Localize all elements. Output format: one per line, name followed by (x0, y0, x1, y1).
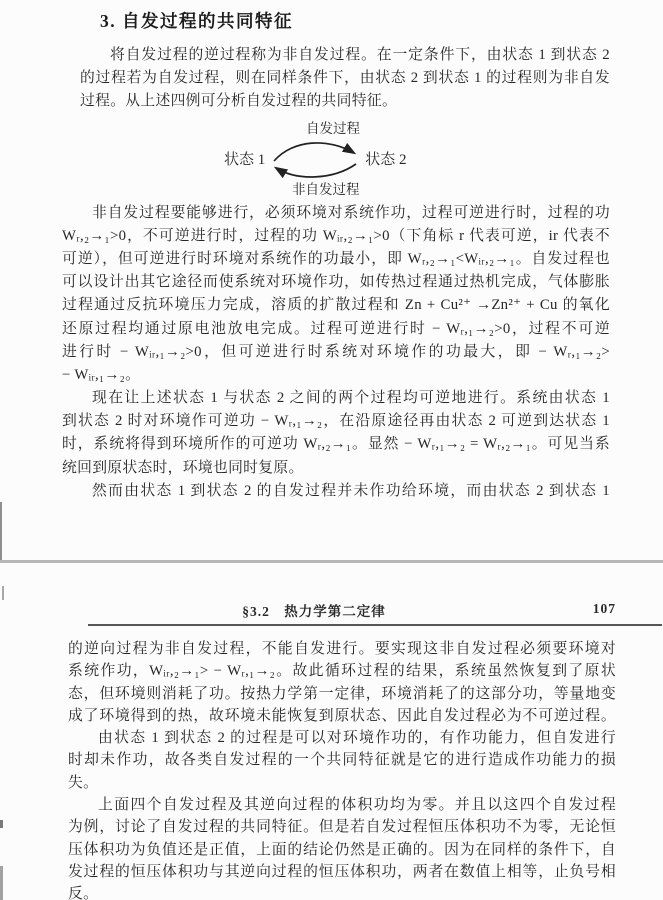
text-line: 将自发过程的逆过程称为非自发过程。在一定条件下，由状态 1 到状态 2 (80, 44, 610, 67)
paragraph: 现在让上述状态 1 与状态 2 之间的两个过程均可逆地进行。系统由状态 1到状态… (62, 387, 610, 480)
text-line: − Wᵢᵣ,₁→₂。 (62, 364, 610, 387)
text-line: 系统作功，Wᵢᵣ,₂→₁> − Wᵣ,₁→₂。故此循环过程的结果，系统虽然恢复到… (68, 660, 616, 682)
header-rule (88, 624, 662, 626)
scan-edge-artifact (2, 586, 4, 600)
text-line: 可以设计出其它途径而使系统对环境作功，如传热过程通过热机完成，气体膨胀 (62, 271, 610, 294)
paragraph: 然而由状态 1 到状态 2 的自发过程并未作功给环境，而由状态 2 到状态 1 (62, 480, 610, 503)
state-1-node: 状态 1 (224, 148, 265, 169)
state-2-node: 状态 2 (365, 148, 406, 169)
text-line: 进行时 − Wᵢᵣ,₁→₂>0，但可逆进行时系统对环境作的功最大，即 − Wᵣ,… (62, 341, 610, 364)
page-divider-line (0, 560, 663, 563)
state-diagram: 自发过程 状态 1 状态 2 非自发过程 (224, 120, 474, 198)
diagram-middle-row: 状态 1 状态 2 (224, 137, 474, 181)
page-2-content: §3.2 热力学第二定律 107 的逆向过程为非自发过程，不能自发进行。要实现这… (68, 600, 616, 900)
text-line: 可逆），但可逆进行时环境对系统作的功最小，即 Wᵣ,₂→₁<Wᵢᵣ,₂→₁。自发… (62, 248, 610, 271)
paragraph: 由状态 1 到状态 2 的过程是可以对环境作功的，有作功能力，但自发进行时却未作… (68, 727, 616, 794)
text-line: 为例，讨论了自发过程的共同特征。但是若自发过程恒压体积功不为零，无论恒 (68, 816, 616, 838)
paragraph: 非自发过程要能够进行，必须环境对系统作功，过程可逆进行时，过程的功Wᵣ,₂→₁>… (62, 202, 610, 388)
text-line: 由状态 1 到状态 2 的过程是可以对环境作功的，有作功能力，但自发进行 (68, 727, 616, 749)
reverse-arrow-icon (276, 164, 356, 177)
page-2-body: 的逆向过程为非自发过程，不能自发进行。要实现这非自发过程必须要环境对系统作功，W… (68, 638, 616, 900)
non-spontaneous-process-label: 非自发过程 (292, 181, 474, 198)
text-line: 发过程的恒压体积功与其逆向过程的恒压体积功，两者在数值上相等，止负号相 (68, 861, 616, 883)
text-line: 还原过程均通过原电池放电完成。过程可逆进行时 − Wᵣ,₁→₂>0，过程不可逆 (62, 318, 610, 341)
spontaneous-process-label: 自发过程 (306, 120, 474, 137)
text-line: 失。 (68, 772, 616, 794)
text-line: 过程。从上述四例可分析自发过程的共同特征。 (80, 90, 610, 113)
text-line: 的过程若为自发过程，则在同样条件下，由状态 2 到状态 1 的过程则为非自发 (80, 67, 610, 90)
text-line: 时却未作功，故各类自发过程的一个共同特征就是它的进行造成作功能力的损 (68, 749, 616, 771)
text-line: 到状态 2 时对环境作可逆功 − Wᵣ,₁→₂，在沿原途径再由状态 2 可逆到达… (62, 410, 610, 433)
text-line: 时，系统将得到环境所作的可逆功 Wᵣ,₂→₁。显然 − Wᵣ,₁→₂ = Wᵣ,… (62, 433, 610, 456)
text-line: 压体积功为负值还是正值，上面的结论仍然是正确的。因为在同样的条件下，自 (68, 839, 616, 861)
scan-edge-artifact (0, 820, 3, 828)
paragraph: 上面四个自发过程及其逆向过程的体积功均为零。并且以这四个自发过程为例，讨论了自发… (68, 794, 616, 900)
page-1-content: 3. 自发过程的共同特征 将自发过程的逆过程称为非自发过程。在一定条件下，由状态… (62, 8, 610, 503)
text-line: 态，但环境则消耗了功。按热力学第一定律，环境消耗了的这部分功，等量地变 (68, 683, 616, 705)
text-line: 非自发过程要能够进行，必须环境对系统作功，过程可逆进行时，过程的功 (62, 202, 610, 225)
page-number: 107 (593, 601, 616, 617)
section-heading: 3. 自发过程的共同特征 (100, 8, 610, 33)
text-line: 现在让上述状态 1 与状态 2 之间的两个过程均可逆地进行。系统由状态 1 (62, 387, 610, 410)
running-header: §3.2 热力学第二定律 107 (68, 600, 616, 622)
forward-arrow-icon (274, 142, 354, 160)
text-line: 反。 (68, 883, 616, 900)
scanned-book-page: 3. 自发过程的共同特征 将自发过程的逆过程称为非自发过程。在一定条件下，由状态… (0, 0, 663, 900)
scan-edge-artifact (0, 866, 3, 900)
text-line: 过程通过反抗环境压力完成，溶质的扩散过程和 Zn + Cu²⁺ →Zn²⁺ + … (62, 294, 610, 317)
text-line: 成了环境得到的热，故环境未能恢复到原状态、因此自发过程必为不可逆过程。 (68, 705, 616, 727)
text-line: 上面四个自发过程及其逆向过程的体积功均为零。并且以这四个自发过程 (68, 794, 616, 816)
paragraph: 的逆向过程为非自发过程，不能自发进行。要实现这非自发过程必须要环境对系统作功，W… (68, 638, 616, 727)
text-line: 的逆向过程为非自发过程，不能自发进行。要实现这非自发过程必须要环境对 (68, 638, 616, 660)
section-title: §3.2 热力学第二定律 (68, 600, 616, 620)
text-line: Wᵣ,₂→₁>0，不可逆进行时，过程的功 Wᵢᵣ,₂→₁>0（下角标 r 代表可… (62, 225, 610, 248)
text-line: 统回到原状态时，环境也同时复原。 (62, 457, 610, 480)
text-line: 然而由状态 1 到状态 2 的自发过程并未作功给环境，而由状态 2 到状态 1 (62, 480, 610, 503)
cycle-arrows-icon (267, 137, 363, 181)
paragraph: 将自发过程的逆过程称为非自发过程。在一定条件下，由状态 1 到状态 2的过程若为… (80, 44, 610, 114)
scan-edge-artifact (0, 502, 2, 560)
